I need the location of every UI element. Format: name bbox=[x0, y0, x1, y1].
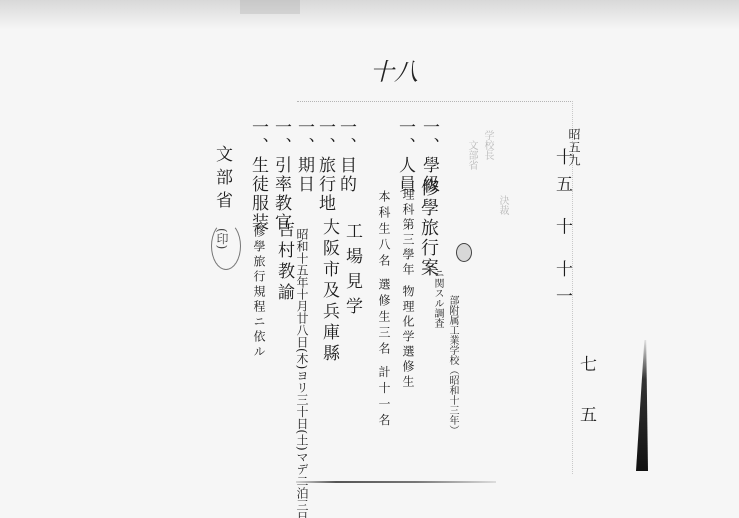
margin-note: 七 五 bbox=[577, 355, 594, 436]
faint-annotation-3: 決裁 bbox=[497, 195, 507, 215]
item-destination-value: 大阪市及兵庫縣 bbox=[320, 218, 337, 365]
title-note: ニ関スル調査 bbox=[432, 268, 442, 328]
item-attire-label: 一、生徒服装 bbox=[249, 118, 266, 232]
faint-annotation-1: 学校長 bbox=[482, 130, 492, 160]
approval-stamp bbox=[456, 243, 472, 262]
item-members-count: 本科生八名 選修生三名 計十一名 bbox=[378, 190, 390, 430]
scan-noise-patch bbox=[240, 0, 300, 14]
document-date: 十五 十 十一 bbox=[553, 148, 570, 314]
faint-annotation-2: 文部省 bbox=[466, 140, 476, 170]
page-number: 十八 bbox=[370, 52, 418, 87]
item-members-label: 一、人員 bbox=[396, 118, 413, 194]
scanned-document-page: 十八 昭五九 十五 十 十一 学校長 文部省 決裁 一、學級 修學旅行案 ニ関ス… bbox=[0, 0, 739, 518]
item-purpose-value: 工場見学 bbox=[343, 222, 360, 322]
item-dates-value: 昭和十五年十月廿八日(木)ヨリ三十日(土)マデ二泊三日 bbox=[296, 228, 308, 518]
scan-streak bbox=[636, 340, 648, 471]
side-note: 部附属工業学校（昭和十三年） bbox=[447, 295, 457, 435]
item-dates-label: 一、期日 bbox=[295, 118, 312, 194]
item-purpose-label: 一、目的 bbox=[337, 118, 354, 194]
document-title: 修學旅行案 bbox=[419, 178, 437, 278]
bottom-rule-line bbox=[296, 481, 496, 483]
seal-mark: (印) bbox=[214, 228, 231, 249]
scan-noise-top bbox=[0, 0, 739, 30]
item-attire-value: 修學旅行規程ニ依ル bbox=[253, 225, 265, 360]
item-teacher-value: 吉村教諭 bbox=[275, 220, 292, 304]
item-destination-label: 一、旅行地 bbox=[316, 118, 333, 213]
addressee: 文部省 bbox=[213, 145, 230, 214]
item-teacher-label: 一、引率教官 bbox=[272, 118, 289, 232]
item-members-value: 理科第三學年 物理化学選修生 bbox=[402, 188, 414, 390]
